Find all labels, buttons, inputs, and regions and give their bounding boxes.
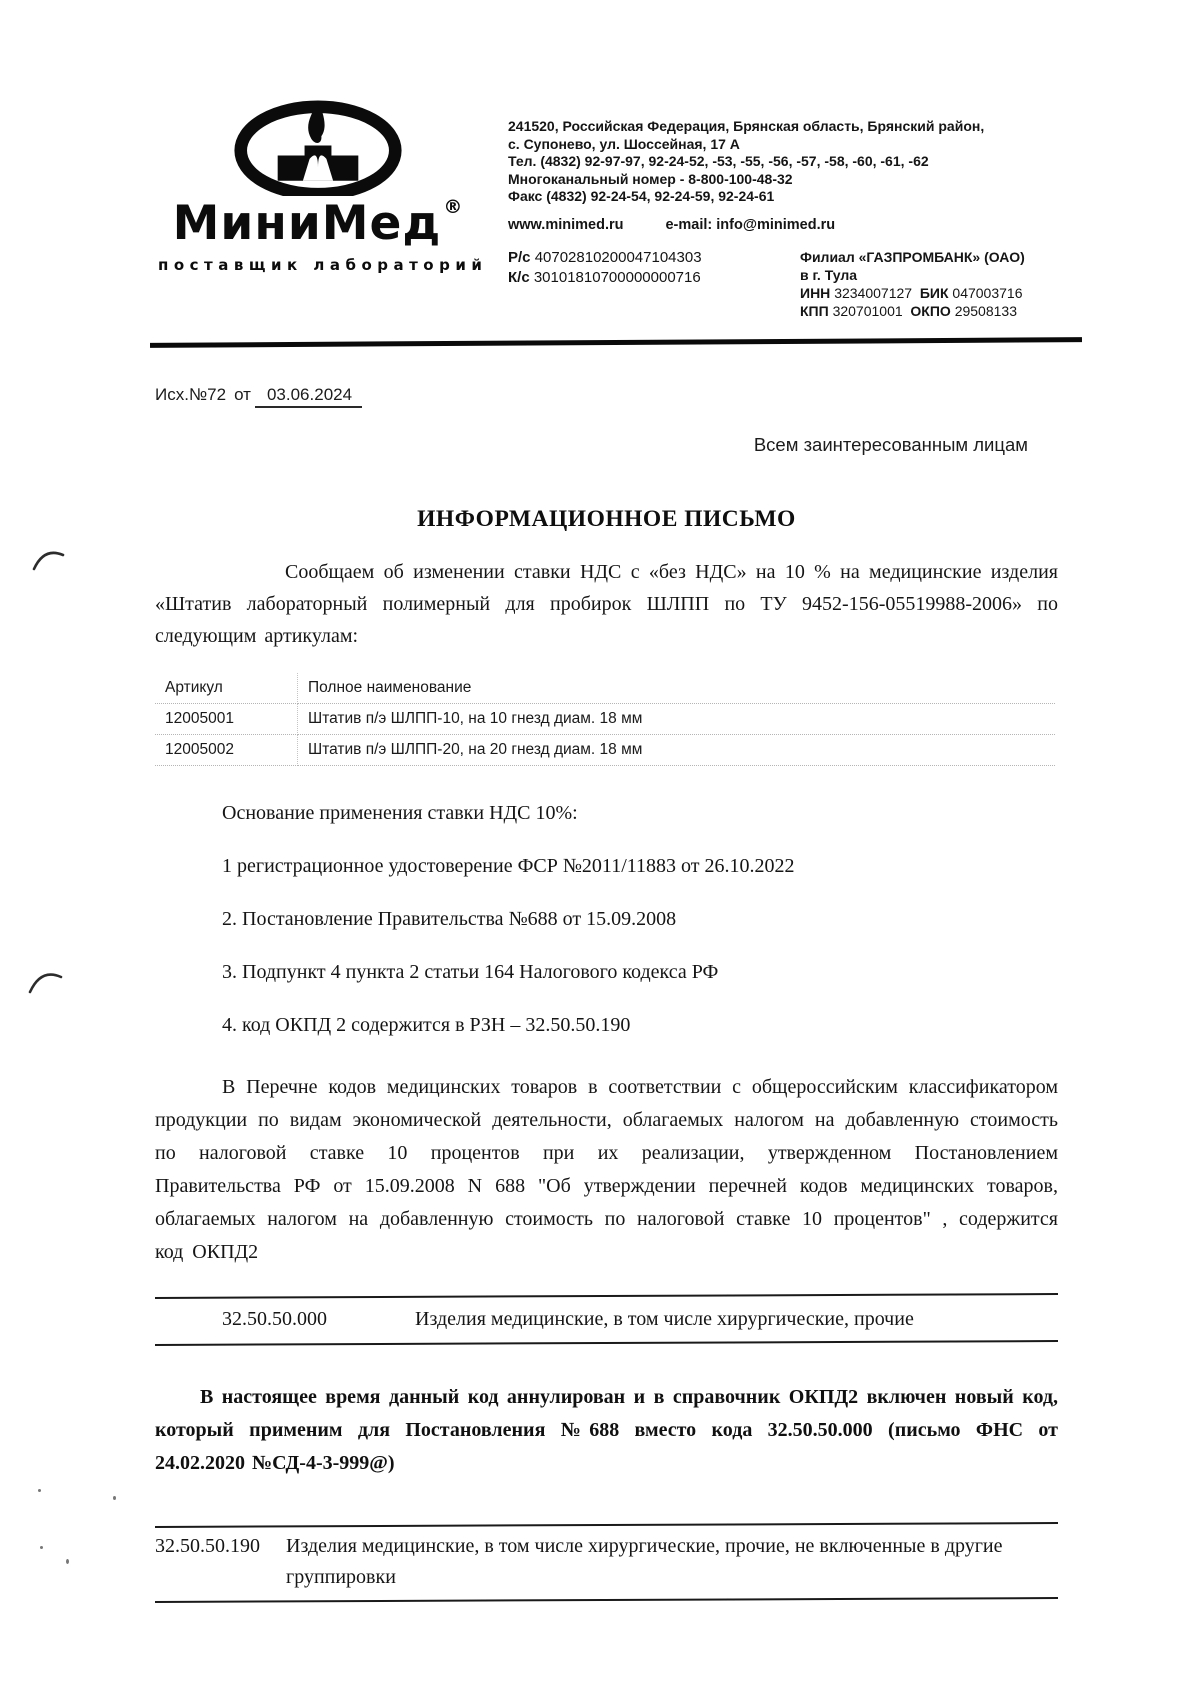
table-row: 12005002 Штатив п/э ШЛПП-20, на 20 гнезд… (155, 735, 1055, 766)
article-cell: 12005001 (155, 704, 298, 735)
basis-item-4: 4. код ОКПД 2 содержится в РЗН – 32.50.5… (222, 1010, 1058, 1040)
table-row: 12005001 Штатив п/э ШЛПП-10, на 10 гнезд… (155, 704, 1055, 735)
okpd-code-new-description: Изделия медицинские, в том числе хирурги… (286, 1531, 1056, 1593)
ref-number: Исх.№72 (155, 385, 226, 404)
basis-item-2: 2. Постановление Правительства №688 от 1… (222, 904, 1058, 934)
okpd-paragraph: В Перечне кодов медицинских товаров в со… (155, 1071, 1058, 1269)
name-cell: Штатив п/э ШЛПП-10, на 10 гнезд диам. 18… (298, 704, 1056, 735)
okpd-code-new: 32.50.50.190 (155, 1531, 286, 1593)
document-page: МиниМед® поставщик лабораторий 241520, Р… (0, 0, 1200, 1696)
ref-ot: от (234, 385, 251, 404)
okpd-code-old-description: Изделия медицинские, в том числе хирурги… (415, 1304, 914, 1334)
basis-item-3: 3. Подпункт 4 пункта 2 статьи 164 Налого… (222, 957, 1058, 987)
scan-speck (113, 1496, 116, 1500)
scan-speck (40, 1546, 43, 1549)
column-header-name: Полное наименование (298, 673, 1056, 704)
addressee: Всем заинтересованным лицам (155, 434, 1058, 456)
scan-speck (66, 1559, 69, 1564)
okpd-code-old: 32.50.50.000 (222, 1304, 415, 1334)
letter-body: Исх.№72от03.06.2024 Всем заинтересованны… (0, 0, 1200, 1601)
basis-heading: Основание применения ставки НДС 10%: (222, 798, 1058, 828)
scan-artifact-arc (30, 545, 66, 579)
column-header-article: Артикул (155, 673, 298, 704)
articles-table: Артикул Полное наименование 12005001 Шта… (155, 673, 1055, 766)
intro-paragraph: Сообщаем об изменении ставки НДС с «без … (155, 556, 1058, 652)
name-cell: Штатив п/э ШЛПП-20, на 20 гнезд диам. 18… (298, 735, 1056, 766)
code-row-new: 32.50.50.190 Изделия медицинские, в том … (155, 1526, 1058, 1599)
document-title: ИНФОРМАЦИОННОЕ ПИСЬМО (155, 506, 1058, 533)
scan-artifact-arc (26, 966, 64, 1002)
scan-speck (38, 1489, 41, 1492)
annulled-code-paragraph: В настоящее время данный код аннулирован… (155, 1381, 1058, 1480)
article-cell: 12005002 (155, 735, 298, 766)
code-row-old: 32.50.50.000 Изделия медицинские, в том … (155, 1297, 1058, 1342)
table-header-row: Артикул Полное наименование (155, 673, 1055, 704)
basis-item-1: 1 регистрационное удостоверение ФСР №201… (222, 851, 1058, 881)
ref-date: 03.06.2024 (255, 385, 362, 408)
outgoing-reference: Исх.№72от03.06.2024 (155, 385, 1058, 405)
